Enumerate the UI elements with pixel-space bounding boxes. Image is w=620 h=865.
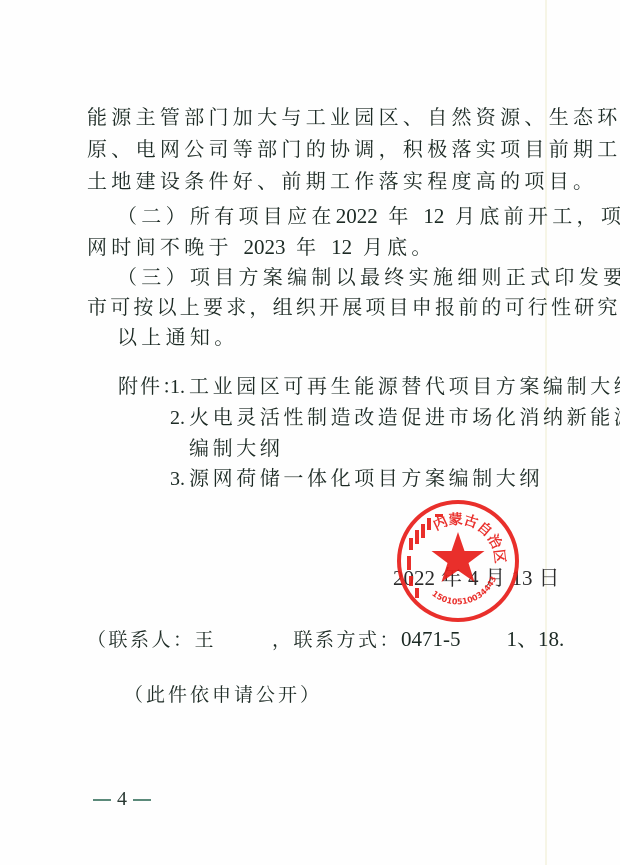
document-page: 能源主管部门加大与工业园区、自然资源、生态环境、林业、草 原、电网公司等部门的协… xyxy=(0,0,620,865)
body-line-2: 原、电网公司等部门的协调，积极落实项目前期工作。优先支持 xyxy=(87,137,620,161)
item-3-line-2: 市可按以上要求，组织开展项目申报前的可行性研究论证工作。 xyxy=(87,295,620,319)
item-3-line-1: （三）项目方案编制以最终实施细则正式印发要求为准，盟 xyxy=(117,265,620,289)
dash-left xyxy=(93,799,111,801)
redacted-name xyxy=(216,631,272,651)
closing-text: 以上通知。 xyxy=(117,325,239,349)
item-2-line-2: 网时间不晚于 2023 年 12 月底。 xyxy=(87,235,436,259)
contact-line: （联系人：王，联系方式：0471-51、18.3） xyxy=(87,627,620,652)
attachment-item-2: 2.火电灵活性制造改造促进市场化消纳新能源方案 xyxy=(170,405,620,430)
body-line-3: 土地建设条件好、前期工作落实程度高的项目。 xyxy=(87,169,597,193)
body-line-1: 能源主管部门加大与工业园区、自然资源、生态环境、林业、草 xyxy=(87,105,620,129)
redacted-phone-1 xyxy=(461,631,507,651)
official-seal-icon: 内蒙古自治区能源局 15010510034443 xyxy=(395,498,521,624)
page-number: 4 xyxy=(87,787,157,811)
dash-right xyxy=(133,799,151,801)
attachment-item-3: 3.源网荷储一体化项目方案编制大纲 xyxy=(170,466,543,491)
item-2-line-1: （二）所有项目应在2022 年 12 月底前开工，项目全容量并 xyxy=(117,204,620,228)
scan-edge-line xyxy=(545,0,547,865)
attachment-item-2-cont: 编制大纲 xyxy=(189,436,283,460)
attachment-item-1: 1.工业园区可再生能源替代项目方案编制大纲 xyxy=(170,374,620,399)
redacted-phone-2 xyxy=(564,631,620,651)
svg-text:15010510034443: 15010510034443 xyxy=(430,575,498,607)
public-disclosure-note: （此件依申请公开） xyxy=(124,683,322,707)
